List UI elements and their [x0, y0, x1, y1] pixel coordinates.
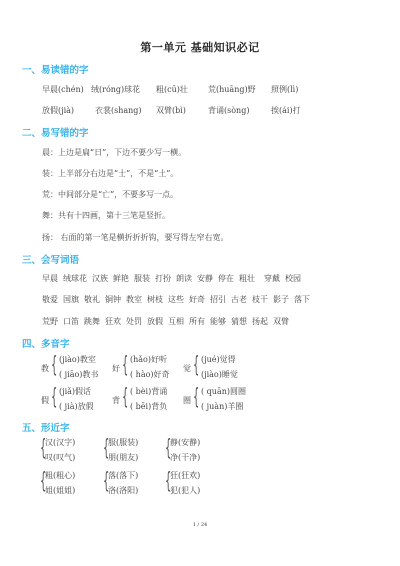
vocab-word: 朗读 — [176, 274, 192, 283]
misread-item: 荒(huāng)野 — [208, 84, 256, 95]
polyphone-reading: ( quān)圆圈 — [201, 386, 246, 397]
vocab-word: 粗壮 — [239, 274, 255, 283]
brace-icon: { — [122, 355, 128, 377]
misread-item: 放假(jià) — [42, 105, 74, 116]
misread-item: 背诵(sòng) — [208, 105, 249, 116]
similar-char: 洛(洛阳) — [108, 485, 138, 496]
vocab-word: 放假 — [147, 317, 163, 326]
polyphone-reading: (hǎo)好听 — [130, 354, 167, 365]
vocab-word: 跳舞 — [84, 317, 100, 326]
vocab-word: 教室 — [126, 295, 142, 304]
misread-item: 衣裳(shang) — [95, 105, 142, 116]
misread-item: 绒(róng)球花 — [91, 84, 140, 95]
polyphone-reading: (jué)觉得 — [201, 354, 236, 365]
vocab-word: 早晨 — [42, 274, 58, 283]
polyphone-reading: ( bēi)背负 — [130, 401, 167, 412]
vocab-word: 招引 — [210, 295, 226, 304]
vocab-row-1: 早晨绒球花汉族鲜艳服装打扮朗读安静停在粗壮穿戴校园 — [42, 273, 306, 284]
polyphone-reading: ( jià)放假 — [59, 401, 94, 412]
page-number: 1 / 24 — [0, 522, 400, 528]
polyphone-reading: (jiǎ)假话 — [59, 386, 91, 397]
similar-char: 汉(汉字) — [45, 437, 75, 448]
vocab-word: 荒野 — [42, 317, 58, 326]
brace-icon: { — [193, 387, 199, 409]
section-heading-polyphones: 四、多音字 — [22, 336, 70, 350]
miswrite-line: 舞：共有十四画，第十三笔是竖折。 — [42, 210, 170, 221]
similar-char: 姐(姐姐) — [45, 485, 75, 496]
polyphone-reading: ( juàn)羊圈 — [201, 401, 243, 412]
section-heading-easy-misread: 一、易读错的字 — [22, 62, 89, 76]
miswrite-line: 装：上半部分右边是“士”，不是“土”。 — [42, 168, 178, 179]
vocab-word: 扬起 — [252, 317, 268, 326]
polyphone-char: 假 — [41, 395, 49, 406]
miswrite-line: 荒：中间部分是“亡”，不要多写一点。 — [42, 189, 178, 200]
vocab-word: 停在 — [218, 274, 234, 283]
section-heading-easy-miswrite: 二、易写错的字 — [22, 125, 89, 139]
vocab-word: 落下 — [294, 295, 310, 304]
polyphone-reading: ( jiāo)教书 — [59, 369, 98, 380]
polyphone-char: 觉 — [183, 363, 191, 374]
vocab-word: 打扮 — [155, 274, 171, 283]
vocab-row-2: 敬爱国旗敬礼铜钟教室树枝这些好奇招引古老枝干影子落下 — [42, 294, 315, 305]
vocab-word: 这些 — [168, 295, 184, 304]
misread-item: 双臂(bì) — [156, 105, 186, 116]
vocab-word: 铜钟 — [105, 295, 121, 304]
vocab-word: 树枝 — [147, 295, 163, 304]
polyphone-char: 圈 — [183, 395, 191, 406]
vocab-word: 敬礼 — [84, 295, 100, 304]
polyphone-char: 背 — [112, 395, 120, 406]
polyphone-reading: (jiào)睡觉 — [201, 369, 238, 380]
polyphone-char: 好 — [112, 363, 120, 374]
misread-item: 早晨(chén) — [42, 84, 84, 95]
section-heading-similar-chars: 五、形近字 — [22, 420, 70, 434]
document-page: 第一单元 基础知识必记 一、易读错的字 早晨(chén) 绒(róng)球花 粗… — [0, 0, 400, 566]
vocab-word: 双臂 — [273, 317, 289, 326]
similar-char: 落(落下) — [108, 470, 138, 481]
vocab-word: 处罚 — [126, 317, 142, 326]
similar-char: 净(干净) — [170, 452, 200, 463]
miswrite-line: 晨：上边是扁“日”，下边不要少写一横。 — [42, 147, 186, 158]
similar-char: 静(安静) — [170, 437, 200, 448]
vocab-word: 好奇 — [189, 295, 205, 304]
vocab-word: 互相 — [168, 317, 184, 326]
vocab-word: 穿戴 — [264, 274, 280, 283]
vocab-word: 敬爱 — [42, 295, 58, 304]
vocab-word: 国旗 — [63, 295, 79, 304]
vocab-word: 能够 — [210, 317, 226, 326]
brace-icon: { — [122, 387, 128, 409]
vocab-word: 影子 — [273, 295, 289, 304]
vocab-word: 安静 — [197, 274, 213, 283]
polyphone-reading: (jiào)教室 — [59, 354, 96, 365]
similar-char: 服(服装) — [108, 437, 138, 448]
vocab-word: 绒球花 — [63, 274, 87, 283]
miswrite-line: 扬： 右面的第一笔是横折折折钩，要写得左窄右宽。 — [42, 232, 229, 243]
vocab-word: 校园 — [285, 274, 301, 283]
polyphone-reading: ( bèi)背诵 — [130, 386, 167, 397]
vocab-word: 口笛 — [63, 317, 79, 326]
vocab-word: 汉族 — [92, 274, 108, 283]
vocab-word: 猜想 — [231, 317, 247, 326]
similar-char: 犯(犯人) — [170, 485, 200, 496]
similar-char: 叹(叹气) — [45, 452, 75, 463]
vocab-word: 狂欢 — [105, 317, 121, 326]
vocab-word: 服装 — [134, 274, 150, 283]
similar-char: 粗(粗心) — [45, 470, 75, 481]
page-title: 第一单元 基础知识必记 — [0, 39, 400, 55]
vocab-word: 鲜艳 — [113, 274, 129, 283]
misread-item: 粗(cū)壮 — [156, 84, 188, 95]
brace-icon: { — [51, 355, 57, 377]
vocab-word: 枝干 — [252, 295, 268, 304]
similar-char: 狂(狂欢) — [170, 470, 200, 481]
misread-item: 挨(ái)打 — [271, 105, 301, 116]
brace-icon: { — [51, 387, 57, 409]
section-heading-vocabulary: 三、会写词语 — [22, 252, 79, 266]
misread-item: 照例(lì) — [271, 84, 298, 95]
vocab-word: 所有 — [189, 317, 205, 326]
similar-char: 朋(朋友) — [108, 452, 138, 463]
brace-icon: { — [193, 355, 199, 377]
polyphone-reading: ( hào)好奇 — [130, 369, 170, 380]
vocab-row-3: 荒野口笛跳舞狂欢处罚放假互相所有能够猜想扬起双臂 — [42, 316, 294, 327]
vocab-word: 古老 — [231, 295, 247, 304]
polyphone-char: 教 — [41, 363, 49, 374]
